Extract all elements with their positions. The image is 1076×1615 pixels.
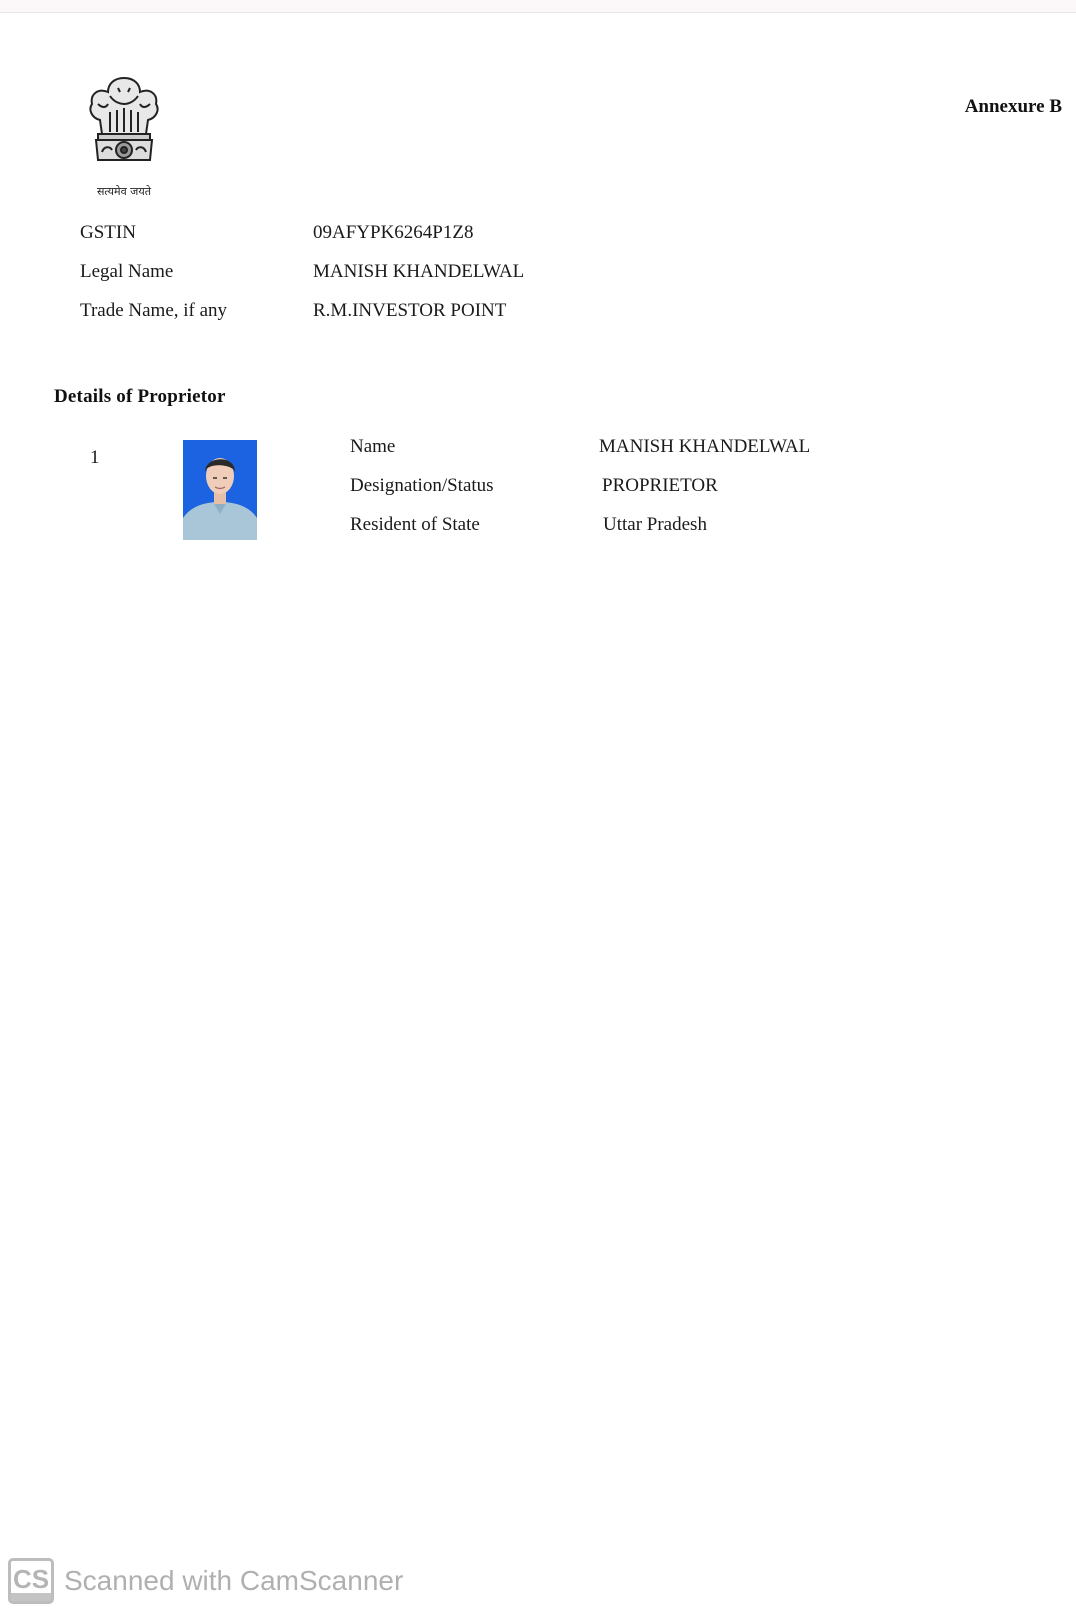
- annexure-label: Annexure B: [965, 96, 1062, 118]
- field-value: 09AFYPK6264P1Z8: [313, 222, 473, 244]
- field-label: Resident of State: [350, 514, 480, 536]
- camscanner-watermark: CS Scanned with CamScanner: [8, 1555, 403, 1607]
- field-label: Designation/Status: [350, 475, 494, 497]
- emblem-motto: सत्यमेव जयते: [84, 184, 164, 199]
- field-value: MANISH KHANDELWAL: [599, 436, 810, 458]
- field-value: R.M.INVESTOR POINT: [313, 300, 506, 322]
- proprietor-index: 1: [90, 447, 100, 469]
- national-emblem-icon: [84, 74, 164, 182]
- top-edge-strip: [0, 0, 1076, 13]
- person-photo-icon: [183, 440, 257, 540]
- field-value: Uttar Pradesh: [603, 514, 707, 536]
- field-value: MANISH KHANDELWAL: [313, 261, 524, 283]
- field-label: Trade Name, if any: [80, 300, 227, 322]
- national-emblem: सत्यमेव जयते: [84, 74, 164, 204]
- section-title: Details of Proprietor: [54, 386, 226, 408]
- field-label: GSTIN: [80, 222, 136, 244]
- watermark-text: Scanned with CamScanner: [64, 1565, 403, 1597]
- field-value: PROPRIETOR: [602, 475, 718, 497]
- proprietor-photo: [183, 440, 257, 540]
- field-label: Legal Name: [80, 261, 173, 283]
- camscanner-logo-icon: CS: [8, 1558, 54, 1604]
- field-label: Name: [350, 436, 395, 458]
